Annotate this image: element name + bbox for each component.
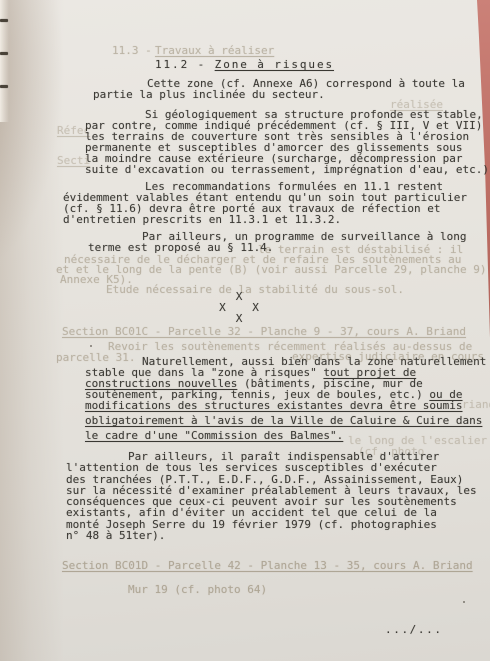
x-marks-separator: XX XX	[219, 291, 259, 324]
paragraph-surveillance: Par ailleurs, un programme de surveillan…	[88, 231, 467, 253]
ghost-text-line: Mur 19 (cf. photo 64)	[128, 584, 267, 595]
section-heading: 11.2 - Zone à risques	[155, 59, 334, 70]
binding-mark	[0, 52, 8, 55]
paper-speck	[90, 345, 92, 347]
binding-mark	[0, 19, 8, 22]
paragraph-intro: Cette zone (cf. Annexe A6) correspond à …	[93, 78, 465, 100]
paragraph-commission: Naturellement, aussi bien dans la zone n…	[85, 356, 486, 441]
ghost-text-line: Section BC01D - Parcelle 42 - Planche 13…	[62, 560, 473, 571]
paragraph-services: Par ailleurs, il paraît indispensable d'…	[66, 451, 477, 541]
paragraph-geology: Si géologiquement sa structure profonde …	[85, 109, 490, 175]
ghost-text-line: 11.3 -	[112, 45, 152, 56]
binding-mark	[0, 85, 8, 88]
paper-speck	[463, 601, 465, 603]
continuation-marker: .../...	[385, 624, 443, 635]
ghost-text-line: Section BC01C - Parcelle 32 - Planche 9 …	[62, 326, 466, 337]
document-photo: 11.3 - Travaux à réaliser réalisée le te…	[0, 0, 490, 661]
ghost-text-line: Travaux à réaliser	[155, 45, 274, 56]
paragraph-recommendations: Les recommandations formulées en 11.1 re…	[63, 181, 467, 225]
